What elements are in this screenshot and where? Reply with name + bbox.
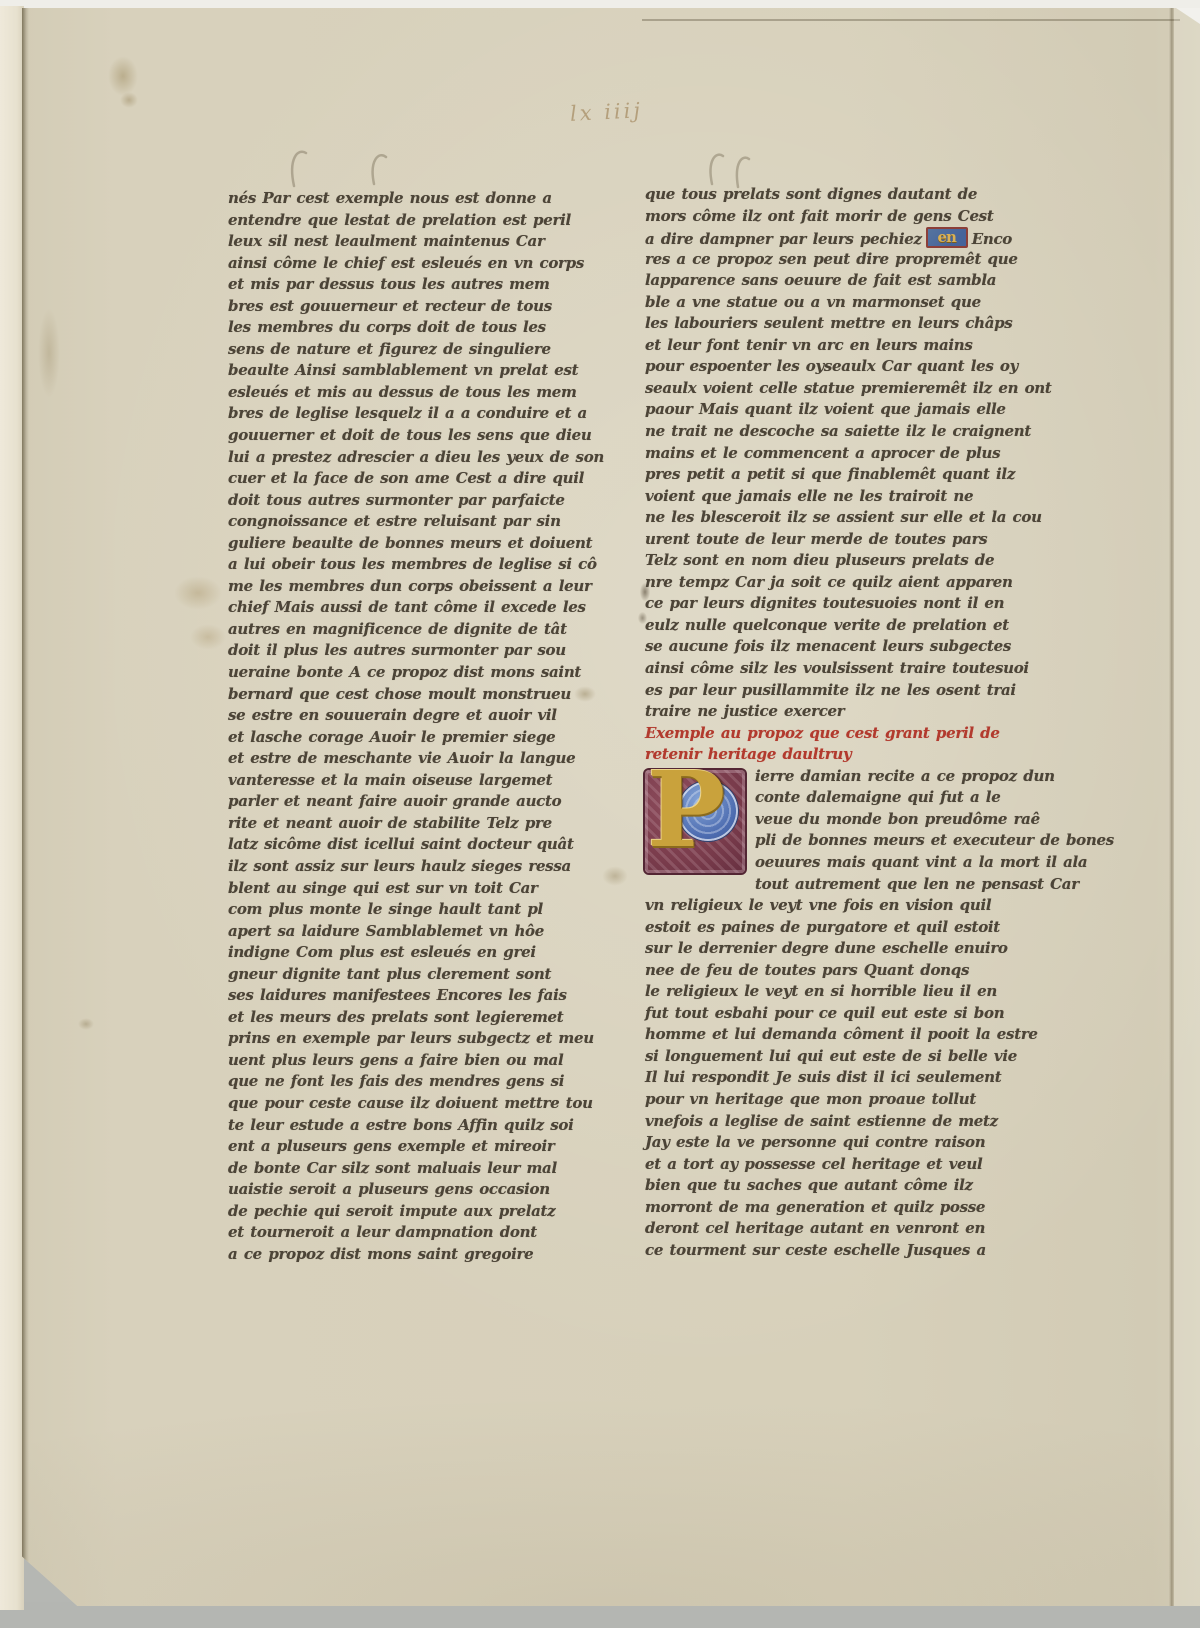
stain [190, 624, 226, 650]
text-line: mors côme ilz ont fait morir de gens Ces… [645, 206, 1019, 228]
text-line: rite et neant auoir de stabilite Telz pr… [228, 813, 602, 835]
text-line: gouuerner et doit de tous les sens que d… [228, 425, 602, 447]
text-line: vnefois a leglise de saint estienne de m… [645, 1111, 1019, 1133]
text-line: ainsi côme le chief est esleués en vn co… [228, 253, 602, 275]
text-line: homme et lui demanda côment il pooit la … [645, 1024, 1019, 1046]
text-line: ainsi côme silz les voulsissent traire t… [645, 658, 1019, 680]
text-line: les labouriers seulent mettre en leurs c… [645, 313, 1019, 335]
text-line: lui a prestez adrescier a dieu les yeux … [228, 447, 602, 469]
book-page-stack-edge [0, 6, 24, 1610]
text-line: autres en magnificence de dignite de tât [228, 619, 602, 641]
text-line: que ne font les fais des mendres gens si [228, 1071, 602, 1093]
text-line: Telz sont en nom dieu pluseurs prelats d… [645, 550, 1019, 572]
stain [108, 56, 138, 96]
stain [38, 308, 60, 398]
text-line: traire ne justice exercer [645, 701, 1019, 723]
text-line: eulz nulle quelconque verite de prelatio… [645, 615, 1019, 637]
manuscript-photo: lx iiij nés Par cest exemple nous est do… [0, 0, 1200, 1628]
text-line: si longuement lui qui eut este de si bel… [645, 1046, 1019, 1068]
text-line: ce tourment sur ceste eschelle Jusques a [645, 1240, 1019, 1262]
text-line: estoit es paines de purgatore et quil es… [645, 917, 1019, 939]
text-line: et leur font tenir vn arc en leurs mains [645, 335, 1019, 357]
text-line: a ce propoz dist mons saint gregoire [228, 1244, 602, 1266]
text-line: gneur dignite tant plus clerement sont [228, 964, 602, 986]
text-line: esleués et mis au dessus de tous les mem [228, 382, 602, 404]
text-line: ne les blesceroit ilz se assient sur ell… [645, 507, 1019, 529]
folio-number: lx iiij [569, 98, 643, 126]
parchment-page: lx iiij nés Par cest exemple nous est do… [22, 8, 1200, 1606]
page-top-crease [642, 19, 1180, 21]
text-line: lapparence sans oeuure de fait est sambl… [645, 270, 1019, 292]
text-line: seaulx voient celle statue premieremêt i… [645, 378, 1019, 400]
text-line: ne trait ne descoche sa saiette ilz le c… [645, 421, 1019, 443]
text-line: com plus monte le singe hault tant pl [228, 899, 602, 921]
text-line: chief Mais aussi de tant côme il excede … [228, 597, 602, 619]
text-line: pres petit a petit si que finablemêt qua… [645, 464, 1019, 486]
text-line: leux sil nest leaulment maintenus Car [228, 231, 602, 253]
page-curl-edge [1174, 8, 1200, 1606]
text-line: nés Par cest exemple nous est donne a [228, 188, 602, 210]
text-column-right: que tous prelats sont dignes dautant dem… [645, 184, 1019, 1261]
text-line: cuer et la face de son ame Cest a dire q… [228, 468, 602, 490]
text-line: et a tort ay possesse cel heritage et ve… [645, 1154, 1019, 1176]
stain [602, 866, 628, 886]
text-line: le religieux le veyt en si horrible lieu… [645, 981, 1019, 1003]
text-line: urent toute de leur merde de toutes pars [645, 529, 1019, 551]
text-line: et les meurs des prelats sont legieremet [228, 1007, 602, 1029]
text-line: blent au singe qui est sur vn toit Car [228, 878, 602, 900]
text-line: guliere beaulte de bonnes meurs et doiue… [228, 533, 602, 555]
text-line: prins en exemple par leurs subgectz et m… [228, 1028, 602, 1050]
text-line: et tourneroit a leur dampnation dont [228, 1222, 602, 1244]
text-line: morront de ma generation et quilz posse [645, 1197, 1019, 1219]
text-line: entendre que lestat de prelation est per… [228, 210, 602, 232]
text-line: et mis par dessus tous les autres mem [228, 274, 602, 296]
text-line: et estre de meschante vie Auoir la langu… [228, 748, 602, 770]
text-line: mains et le commencent a aprocer de plus [645, 443, 1019, 465]
text-line: indigne Com plus est esleués en grei [228, 942, 602, 964]
text-line: Jay este la ve personne qui contre raiso… [645, 1132, 1019, 1154]
text-line: bernard que cest chose moult monstrueu [228, 684, 602, 706]
text-line: uaistie seroit a pluseurs gens occasion [228, 1179, 602, 1201]
text-line: te leur estude a estre bons Affin quilz … [228, 1115, 602, 1137]
text-line: Il lui respondit Je suis dist il ici seu… [645, 1067, 1019, 1089]
text-line: ent a pluseurs gens exemple et mireoir [228, 1136, 602, 1158]
text-line: apert sa laidure Samblablemet vn hôe [228, 921, 602, 943]
text-line: a lui obeir tous les membres de leglise … [228, 554, 602, 576]
illuminated-initial-p: P [645, 770, 745, 873]
text-line: deront cel heritage autant en venront en [645, 1218, 1019, 1240]
text-line: ble a vne statue ou a vn marmonset que [645, 292, 1019, 314]
text-line: paour Mais quant ilz voient que jamais e… [645, 399, 1019, 421]
text-line: que pour ceste cause ilz doiuent mettre … [228, 1093, 602, 1115]
text-line: nee de feu de toutes pars Quant donqs [645, 960, 1019, 982]
text-line: vn religieux le veyt vne fois en vision … [645, 895, 1019, 917]
text-line: nre tempz Car ja soit ce quilz aient app… [645, 572, 1019, 594]
champie-initial-glyph: en [928, 229, 966, 245]
text-line: ilz sont assiz sur leurs haulz sieges re… [228, 856, 602, 878]
text-line: ueraine bonte A ce propoz dist mons sain… [228, 662, 602, 684]
text-line: de bonte Car silz sont maluais leur mal [228, 1158, 602, 1180]
rubric-line: Exemple au propoz que cest grant peril d… [645, 723, 1019, 745]
text-line: sur le derrenier degre dune eschelle enu… [645, 938, 1019, 960]
text-line: bien que tu saches que autant côme ilz [645, 1175, 1019, 1197]
text-before-initial: a dire dampner par leurs pechiez [645, 230, 922, 248]
text-line: me les membres dun corps obeissent a leu… [228, 576, 602, 598]
text-line: vanteresse et la main oiseuse largemet [228, 770, 602, 792]
text-after-initial: Enco [972, 230, 1012, 248]
gold-letter-p: P [647, 755, 725, 864]
pen-flourishes [22, 8, 1200, 258]
text-line: beaulte Ainsi samblablement vn prelat es… [228, 360, 602, 382]
story-block: P ierre damian recite a ce propoz duncon… [645, 766, 1019, 1262]
text-line: latz sicôme dist icellui saint docteur q… [228, 834, 602, 856]
text-line: et lasche corage Auoir le premier siege [228, 727, 602, 749]
text-line: uent plus leurs gens a faire bien ou mal [228, 1050, 602, 1072]
stain [120, 92, 138, 108]
text-line: que tous prelats sont dignes dautant de [645, 184, 1019, 206]
text-line: es par leur pusillammite ilz ne les osen… [645, 680, 1019, 702]
text-line: doit il plus les autres surmonter par so… [228, 640, 602, 662]
text-line: ce par leurs dignites toutesuoies nont i… [645, 593, 1019, 615]
text-line: pour espoenter les oyseaulx Car quant le… [645, 356, 1019, 378]
text-line: les membres du corps doit de tous les [228, 317, 602, 339]
text-line: tout autrement que len ne pensast Car [645, 874, 1019, 896]
text-line: se aucune fois ilz menacent leurs subgec… [645, 636, 1019, 658]
text-line: fut tout esbahi pour ce quil eut este si… [645, 1003, 1019, 1025]
text-column-left: nés Par cest exemple nous est donne aent… [228, 188, 602, 1265]
stain [174, 576, 222, 610]
text-line: congnoissance et estre reluisant par sin [228, 511, 602, 533]
champie-initial: en [926, 227, 968, 248]
text-line: bres est gouuerneur et recteur de tous [228, 296, 602, 318]
text-line-with-initial: a dire dampner par leurs pechiezenEnco [645, 227, 1019, 249]
text-line: voient que jamais elle ne les trairoit n… [645, 486, 1019, 508]
text-line: doit tous autres surmonter par parfaicte [228, 490, 602, 512]
text-line: res a ce propoz sen peut dire propremêt … [645, 249, 1019, 271]
text-line: sens de nature et figurez de singuliere [228, 339, 602, 361]
text-line: pour vn heritage que mon proaue tollut [645, 1089, 1019, 1111]
text-line: ses laidures manifestees Encores les fai… [228, 985, 602, 1007]
text-line: de pechie qui seroit impute aux prelatz [228, 1201, 602, 1223]
stain [78, 1018, 94, 1030]
text-line: bres de leglise lesquelz il a a conduire… [228, 403, 602, 425]
text-line: se estre en souuerain degre et auoir vil [228, 705, 602, 727]
text-line: parler et neant faire auoir grande aucto [228, 791, 602, 813]
